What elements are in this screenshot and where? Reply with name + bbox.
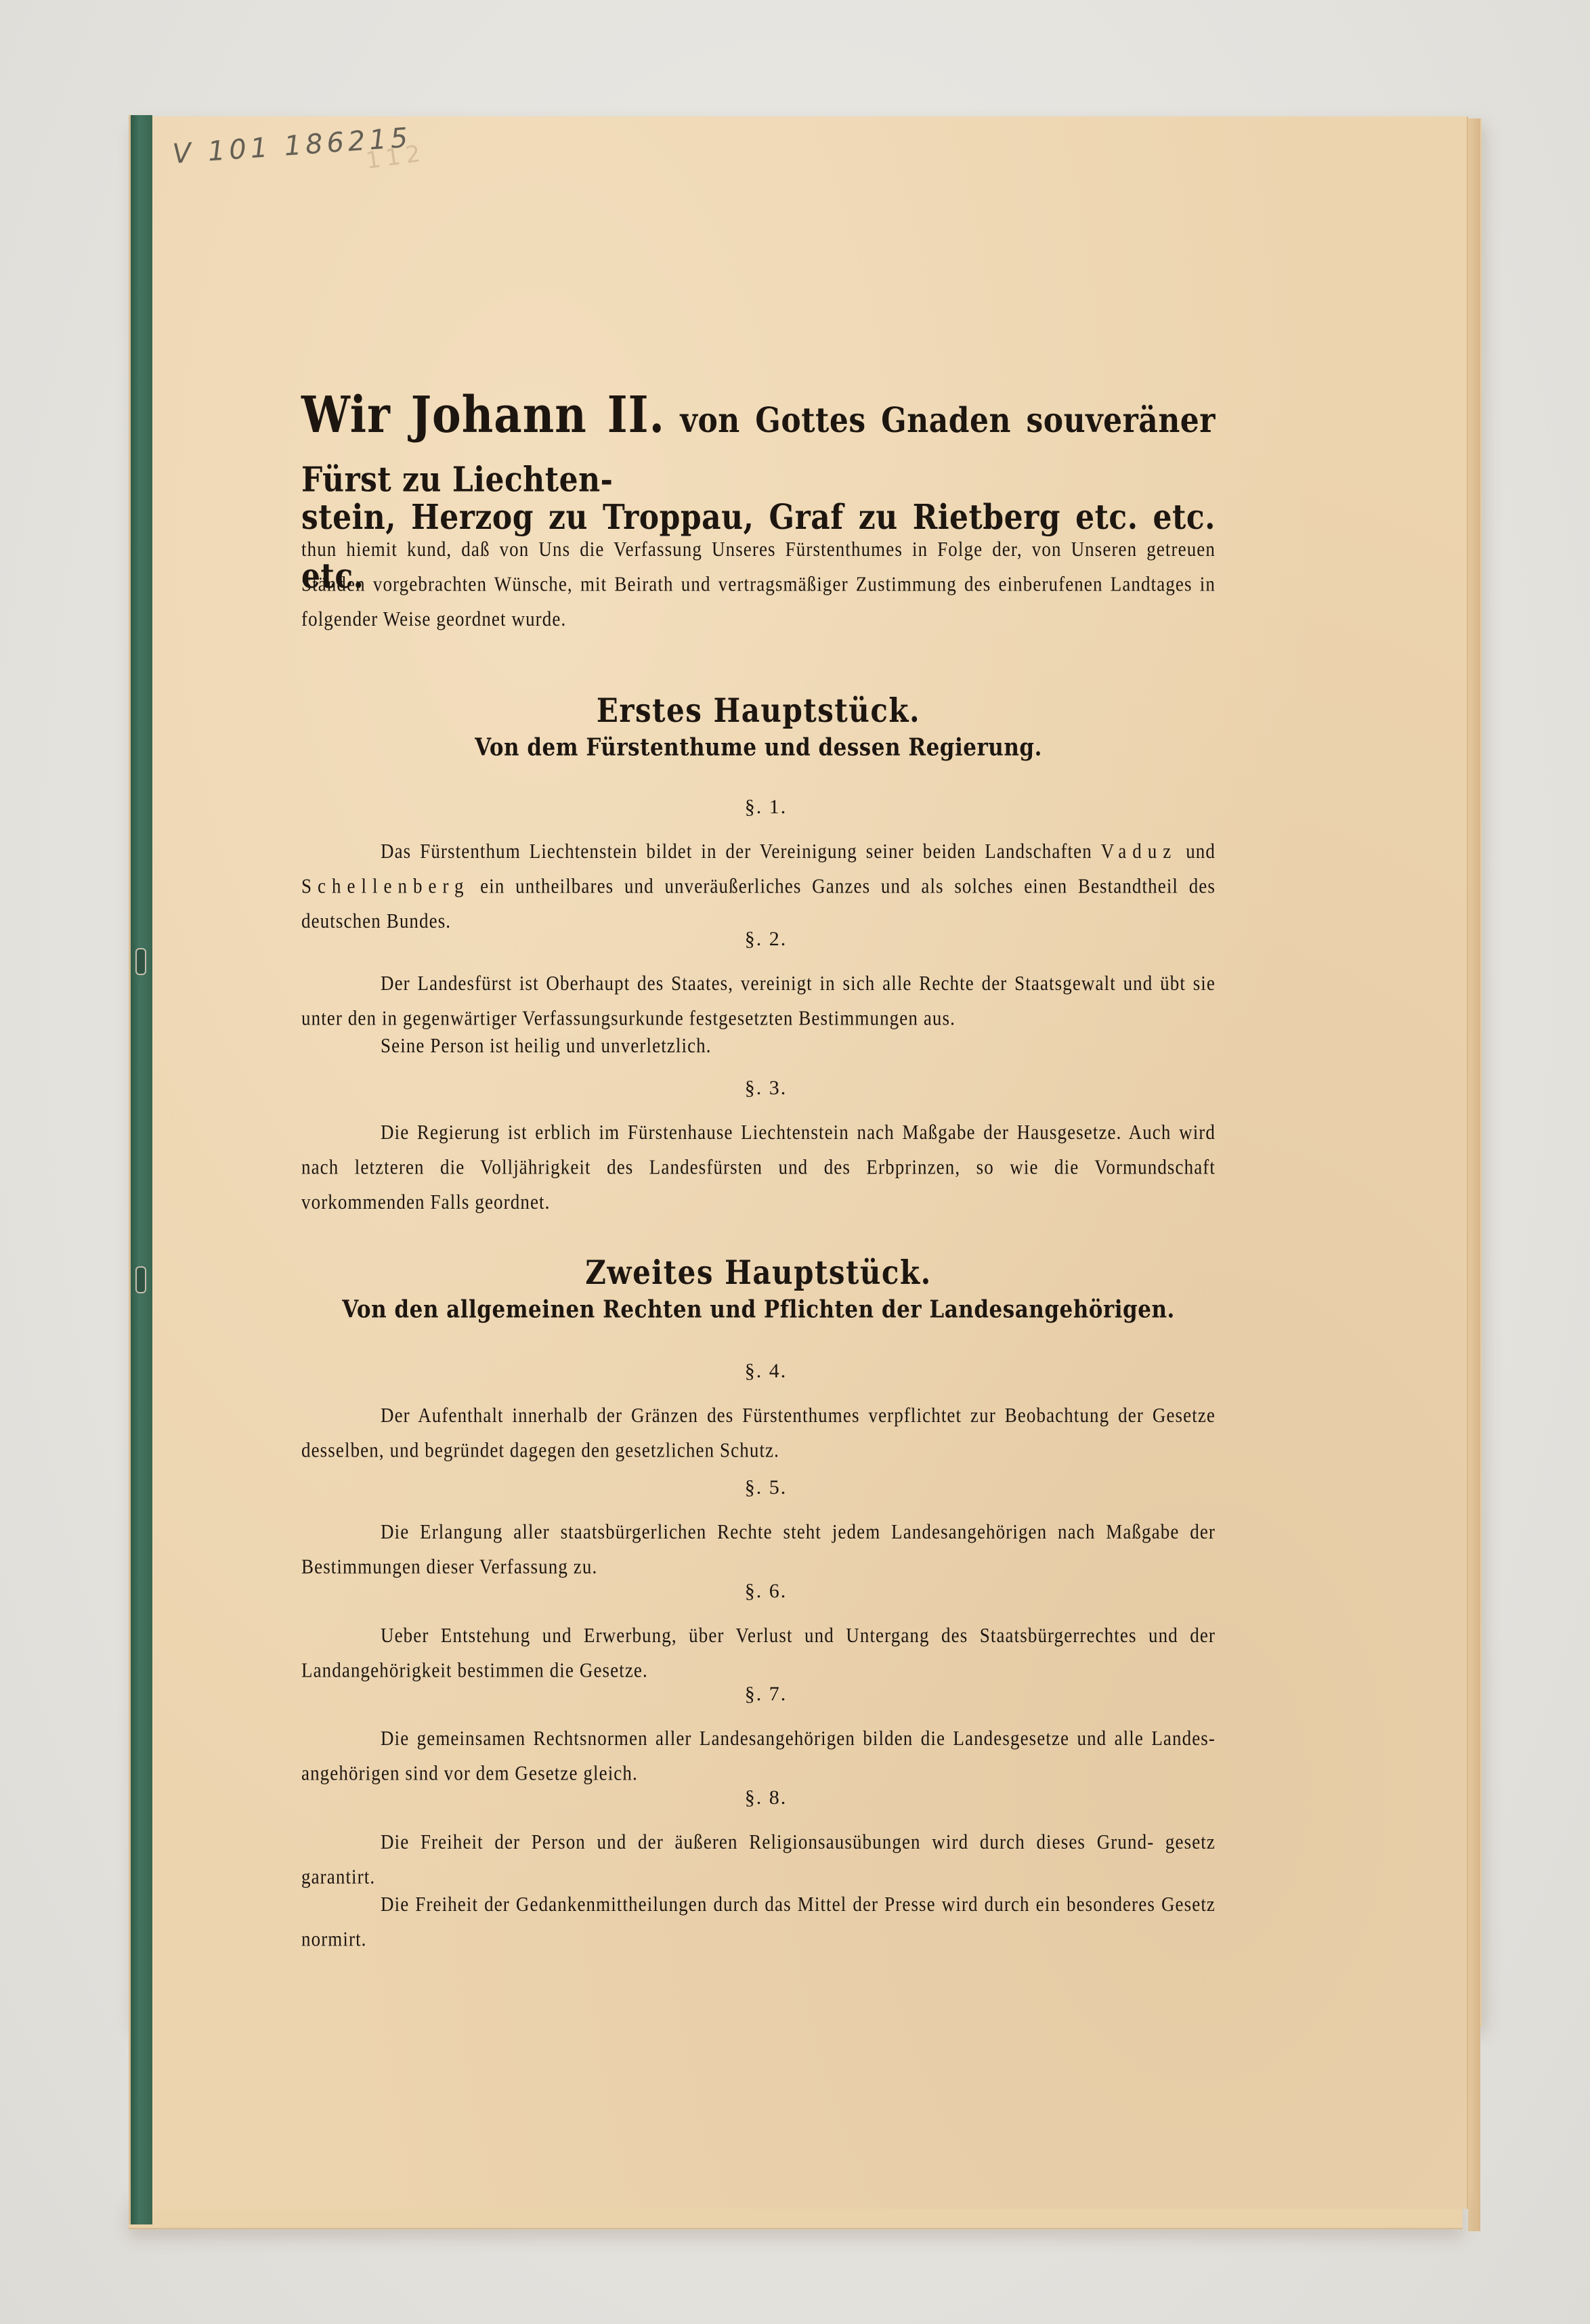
section-2: §. 2. Der Landesfürst ist Oberhaupt des …	[301, 928, 1216, 1059]
section-mark: §. 6.	[301, 1580, 1216, 1603]
chapter-subheading: Von den allgemeinen Rechten und Pflichte…	[301, 1295, 1216, 1323]
title-name: Wir Johann II.	[301, 386, 665, 444]
intro-paragraph: thun hiemit kund, daß von Uns die Verfas…	[301, 532, 1216, 625]
section-mark: §. 3.	[301, 1077, 1216, 1100]
section-paragraph: Die Regierung ist erblich im Fürstenhaus…	[301, 1115, 1216, 1220]
section-5: §. 5. Die Erlangung aller staatsbürgerli…	[301, 1476, 1216, 1576]
section-6: §. 6. Ueber Entstehung und Erwerbung, üb…	[301, 1580, 1216, 1680]
section-7: §. 7. Die gemeinsamen Rechtsnormen aller…	[301, 1683, 1216, 1783]
chapter-subheading: Von dem Fürstenthume und dessen Regierun…	[301, 733, 1216, 761]
section-4: §. 4. Der Aufenthalt innerhalb der Gränz…	[301, 1360, 1216, 1460]
staple-icon	[135, 948, 146, 975]
section-paragraph: Der Aufenthalt innerhalb der Gränzen des…	[301, 1398, 1216, 1467]
section-paragraph: Die gemeinsamen Rechtsnormen aller Lande…	[301, 1721, 1216, 1790]
place-name-vaduz: Vaduz	[1101, 840, 1177, 863]
section-paragraph: Die Freiheit der Gedankenmittheilungen d…	[301, 1887, 1216, 1956]
section-mark: §. 2.	[301, 928, 1216, 951]
page-stack-edge	[1468, 119, 1480, 2231]
section-mark: §. 1.	[301, 796, 1216, 819]
section-8: §. 8. Die Freiheit der Person und der äu…	[301, 1786, 1216, 1949]
text-run: Das Fürstenthum Liechtenstein bildet in …	[381, 840, 1101, 863]
section-paragraph: Ueber Entstehung und Erwerbung, über Ver…	[301, 1618, 1216, 1687]
section-paragraph: Das Fürstenthum Liechtenstein bildet in …	[301, 834, 1216, 939]
place-name-schellenberg: Schellenberg	[301, 874, 469, 897]
section-paragraph: Die Freiheit der Person und der äußeren …	[301, 1824, 1216, 1894]
chapter-2: Zweites Hauptstück. Von den allgemeinen …	[301, 1256, 1216, 1322]
chapter-1: Erstes Hauptstück. Von dem Fürstenthume …	[301, 694, 1216, 760]
section-1: §. 1. Das Fürstenthum Liechtenstein bild…	[301, 796, 1216, 927]
section-3: §. 3. Die Regierung ist erblich im Fürst…	[301, 1077, 1216, 1208]
green-binding-spine	[129, 115, 152, 2224]
section-mark: §. 7.	[301, 1683, 1216, 1706]
section-paragraph: Die Erlangung aller staatsbürgerlichen R…	[301, 1514, 1216, 1584]
section-mark: §. 4.	[301, 1360, 1216, 1383]
chapter-heading: Erstes Hauptstück.	[301, 691, 1216, 729]
section-paragraph: Der Landesfürst ist Oberhaupt des Staate…	[301, 966, 1216, 1035]
section-mark: §. 8.	[301, 1786, 1216, 1809]
chapter-heading: Zweites Hauptstück.	[301, 1253, 1216, 1291]
intro-text: thun hiemit kund, daß von Uns die Verfas…	[301, 532, 1216, 637]
staple-icon	[135, 1266, 146, 1293]
text-run: und	[1177, 840, 1216, 863]
section-mark: §. 5.	[301, 1476, 1216, 1499]
section-paragraph: Seine Person ist heilig und unverletzlic…	[301, 1028, 1216, 1063]
